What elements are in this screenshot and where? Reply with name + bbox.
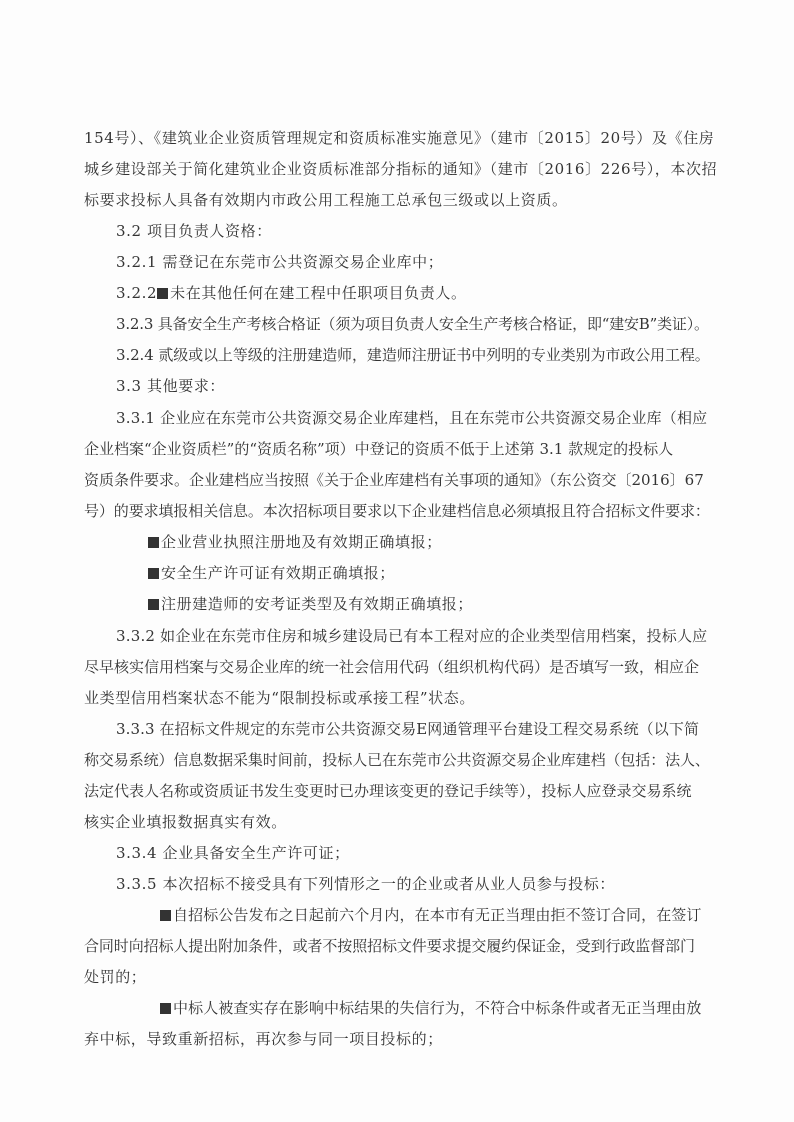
bullet-square-icon [160,1003,171,1014]
section-heading-3-2: 3.2 项目负责人资格： [116,221,740,241]
text-line: 3.3.3 在招标文件规定的东莞市公共资源交易E网通管理平台建设工程交易系统（以… [116,719,740,739]
clause-number: 3.2.2 [116,284,157,302]
list-item: 注册建造师的安考证类型及有效期正确填报； [148,594,772,614]
text-line: 尽早核实信用档案与交易企业库的统一社会信用代码（组织机构代码）是否填写一致，相应… [84,657,708,677]
text-line: 核实企业填报数据真实有效。 [84,812,708,832]
text-line: 3.3.1 企业应在东莞市公共资源交易企业库建档，且在东莞市公共资源交易企业库（… [116,408,740,428]
bullet-square-icon [148,537,159,548]
text-line: 处罚的； [84,967,708,987]
text-line: 3.2.4 贰级或以上等级的注册建造师，建造师注册证书中列明的专业类别为市政公用… [116,345,740,365]
text-line: 弃中标，导致重新招标，再次参与同一项目投标的； [84,1029,708,1049]
list-item: 企业营业执照注册地及有效期正确填报； [148,532,772,552]
list-item: 安全生产许可证有效期正确填报； [148,563,772,583]
bullet-square-icon [148,568,159,579]
document-page: 154号）、《建筑业企业资质管理规定和资质标准实施意见》（建市〔2015〕20号… [0,0,794,1122]
text-line: 资质条件要求。企业建档应当按照《关于企业库建档有关事项的通知》（东公资交〔201… [84,470,708,490]
clause-text: 未在其他任何在建工程中任职项目负责人。 [170,284,466,302]
bullet-square-icon [160,910,171,921]
text-line: 业类型信用档案状态不能为“限制投标或承接工程”状态。 [84,688,708,708]
list-item: 中标人被查实存在影响中标结果的失信行为，不符合中标条件或者无正当理由放 [160,998,784,1018]
bullet-square-icon [157,288,168,299]
text-line: 154号）、《建筑业企业资质管理规定和资质标准实施意见》（建市〔2015〕20号… [84,128,708,148]
text-line: 3.2.1 需登记在东莞市公共资源交易企业库中； [116,252,740,272]
text-line: 城乡建设部关于简化建筑业企业资质标准部分指标的通知》（建市〔2016〕226号）… [84,159,708,179]
text-line: 法定代表人名称或资质证书发生变更时已办理该变更的登记手续等），投标人应登录交易系… [84,781,708,801]
text-line: 标要求投标人具备有效期内市政公用工程施工总承包三级或以上资质。 [84,190,708,210]
text-line: 3.2.3 具备安全生产考核合格证（须为项目负责人安全生产考核合格证，即“建安B… [116,314,740,334]
text-line: 3.3.4 企业具备安全生产许可证； [116,843,740,863]
text-line: 合同时向招标人提出附加条件，或者不按照招标文件要求提交履约保证金，受到行政监督部… [84,936,708,956]
list-item: 自招标公告发布之日起前六个月内，在本市有无正当理由拒不签订合同，在签订 [160,905,784,925]
bullet-square-icon [148,599,159,610]
text-line: 3.3.2 如企业在东莞市住房和城乡建设局已有本工程对应的企业类型信用档案，投标… [116,626,740,646]
text-line: 称交易系统）信息数据采集时间前，投标人已在东莞市公共资源交易企业库建档（包括：法… [84,750,708,770]
text-line: 3.2.2未在其他任何在建工程中任职项目负责人。 [116,283,740,303]
section-heading-3-3: 3.3 其他要求： [116,376,740,396]
text-line: 企业档案“企业资质栏”的“资质名称”项）中登记的资质不低于上述第 3.1 款规定… [84,439,708,459]
text-line: 3.3.5 本次招标不接受具有下列情形之一的企业或者从业人员参与投标： [116,874,740,894]
text-line: 号）的要求填报相关信息。本次招标项目要求以下企业建档信息必须填报且符合招标文件要… [84,501,708,521]
